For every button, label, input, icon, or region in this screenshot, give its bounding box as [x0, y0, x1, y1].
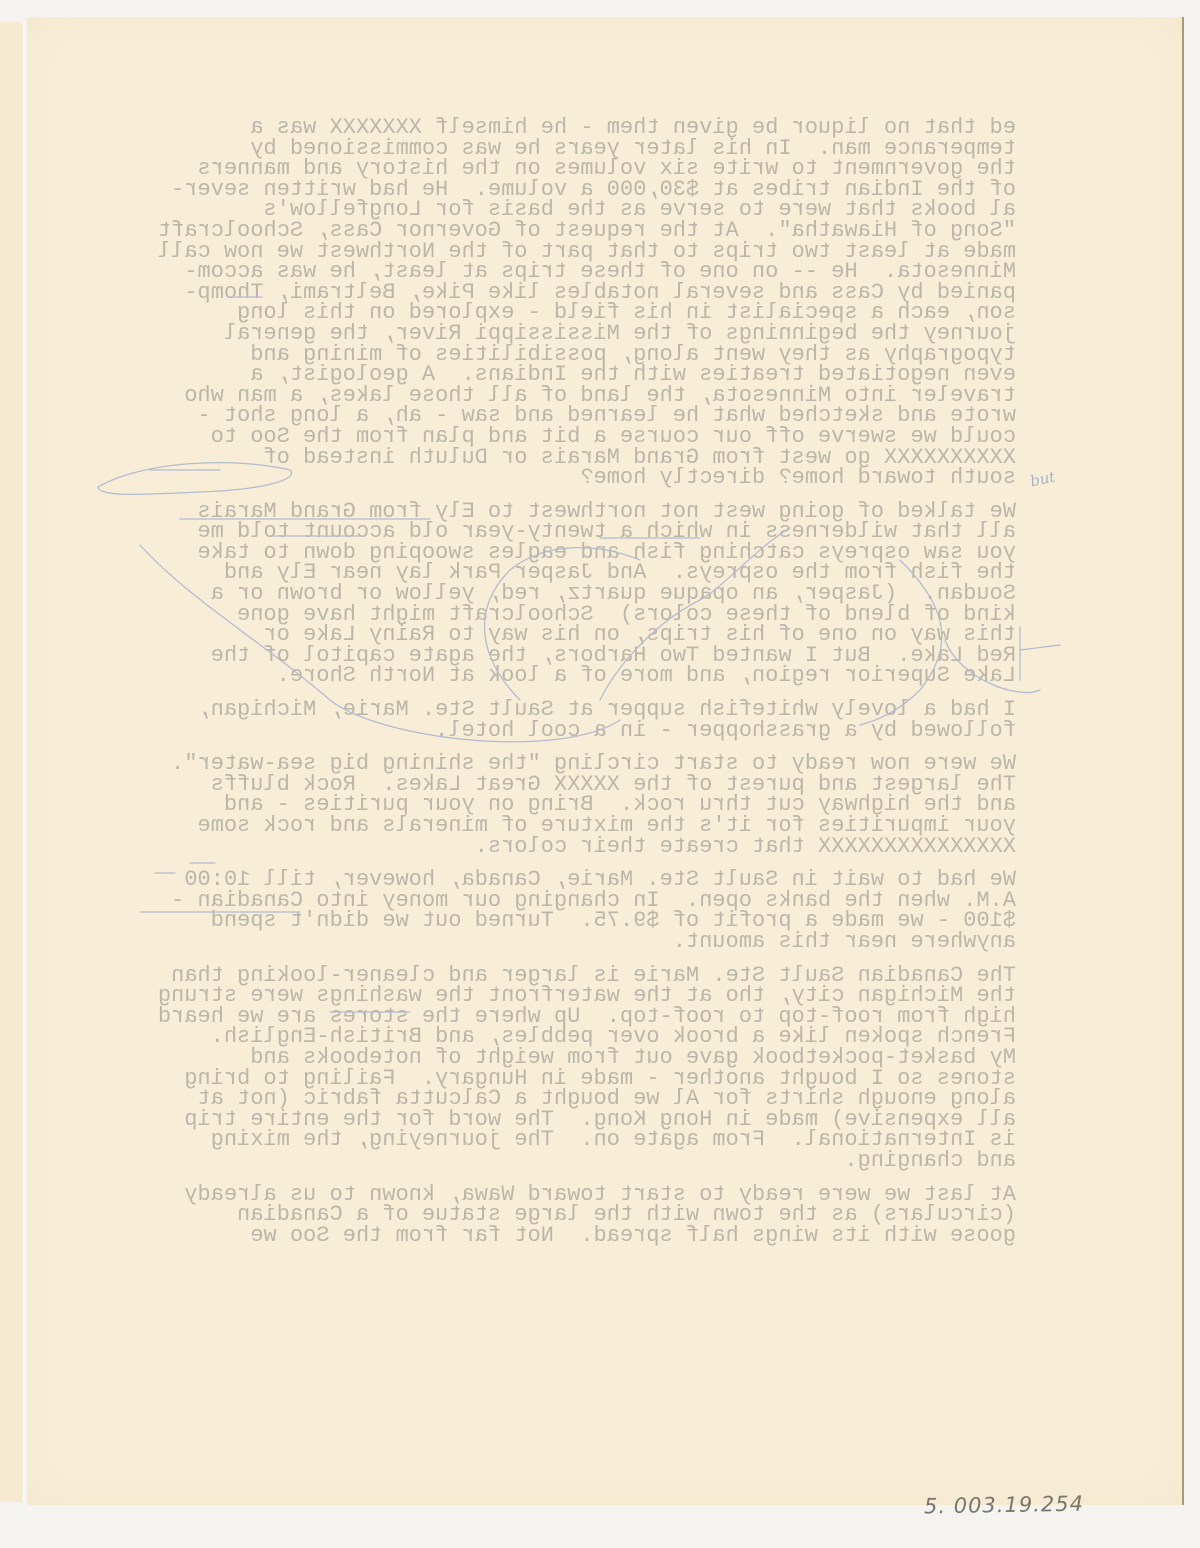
paragraph: The Canadian Sault Ste. Marie is larger … — [150, 966, 1016, 1172]
mirrored-typewritten-text: ed that no liquor be given them - he him… — [150, 118, 1016, 1259]
paragraph: ed that no liquor be given them - he him… — [150, 118, 1016, 489]
text-line: followed by a grasshopper - in a cool ho… — [150, 721, 1016, 742]
text-line: Lake Superior region, and more of a look… — [150, 666, 1016, 687]
text-line: anywhere near this amount. — [150, 932, 1016, 953]
paragraph: We were now ready to start circling "the… — [150, 754, 1016, 857]
catalog-number: 5. 003.19.254 — [924, 1492, 1084, 1519]
paragraph: We talked of going west not northwest to… — [150, 502, 1016, 687]
text-line: XXXXXXXXXXXXXXX that create their colors… — [150, 837, 1016, 858]
text-line: south toward home? directly home? — [150, 468, 1016, 489]
paragraph: I had a lovely whitefish supper at Sault… — [150, 700, 1016, 741]
underlying-sheet-edge — [0, 22, 25, 1502]
paragraph: At last we were ready to start toward Wa… — [150, 1185, 1016, 1247]
paragraph: We had to wait in Sault Ste. Marie, Cana… — [150, 870, 1016, 952]
text-line: goose with its wings half spread. Not fa… — [150, 1226, 1016, 1247]
text-line: and changing. — [150, 1151, 1016, 1172]
